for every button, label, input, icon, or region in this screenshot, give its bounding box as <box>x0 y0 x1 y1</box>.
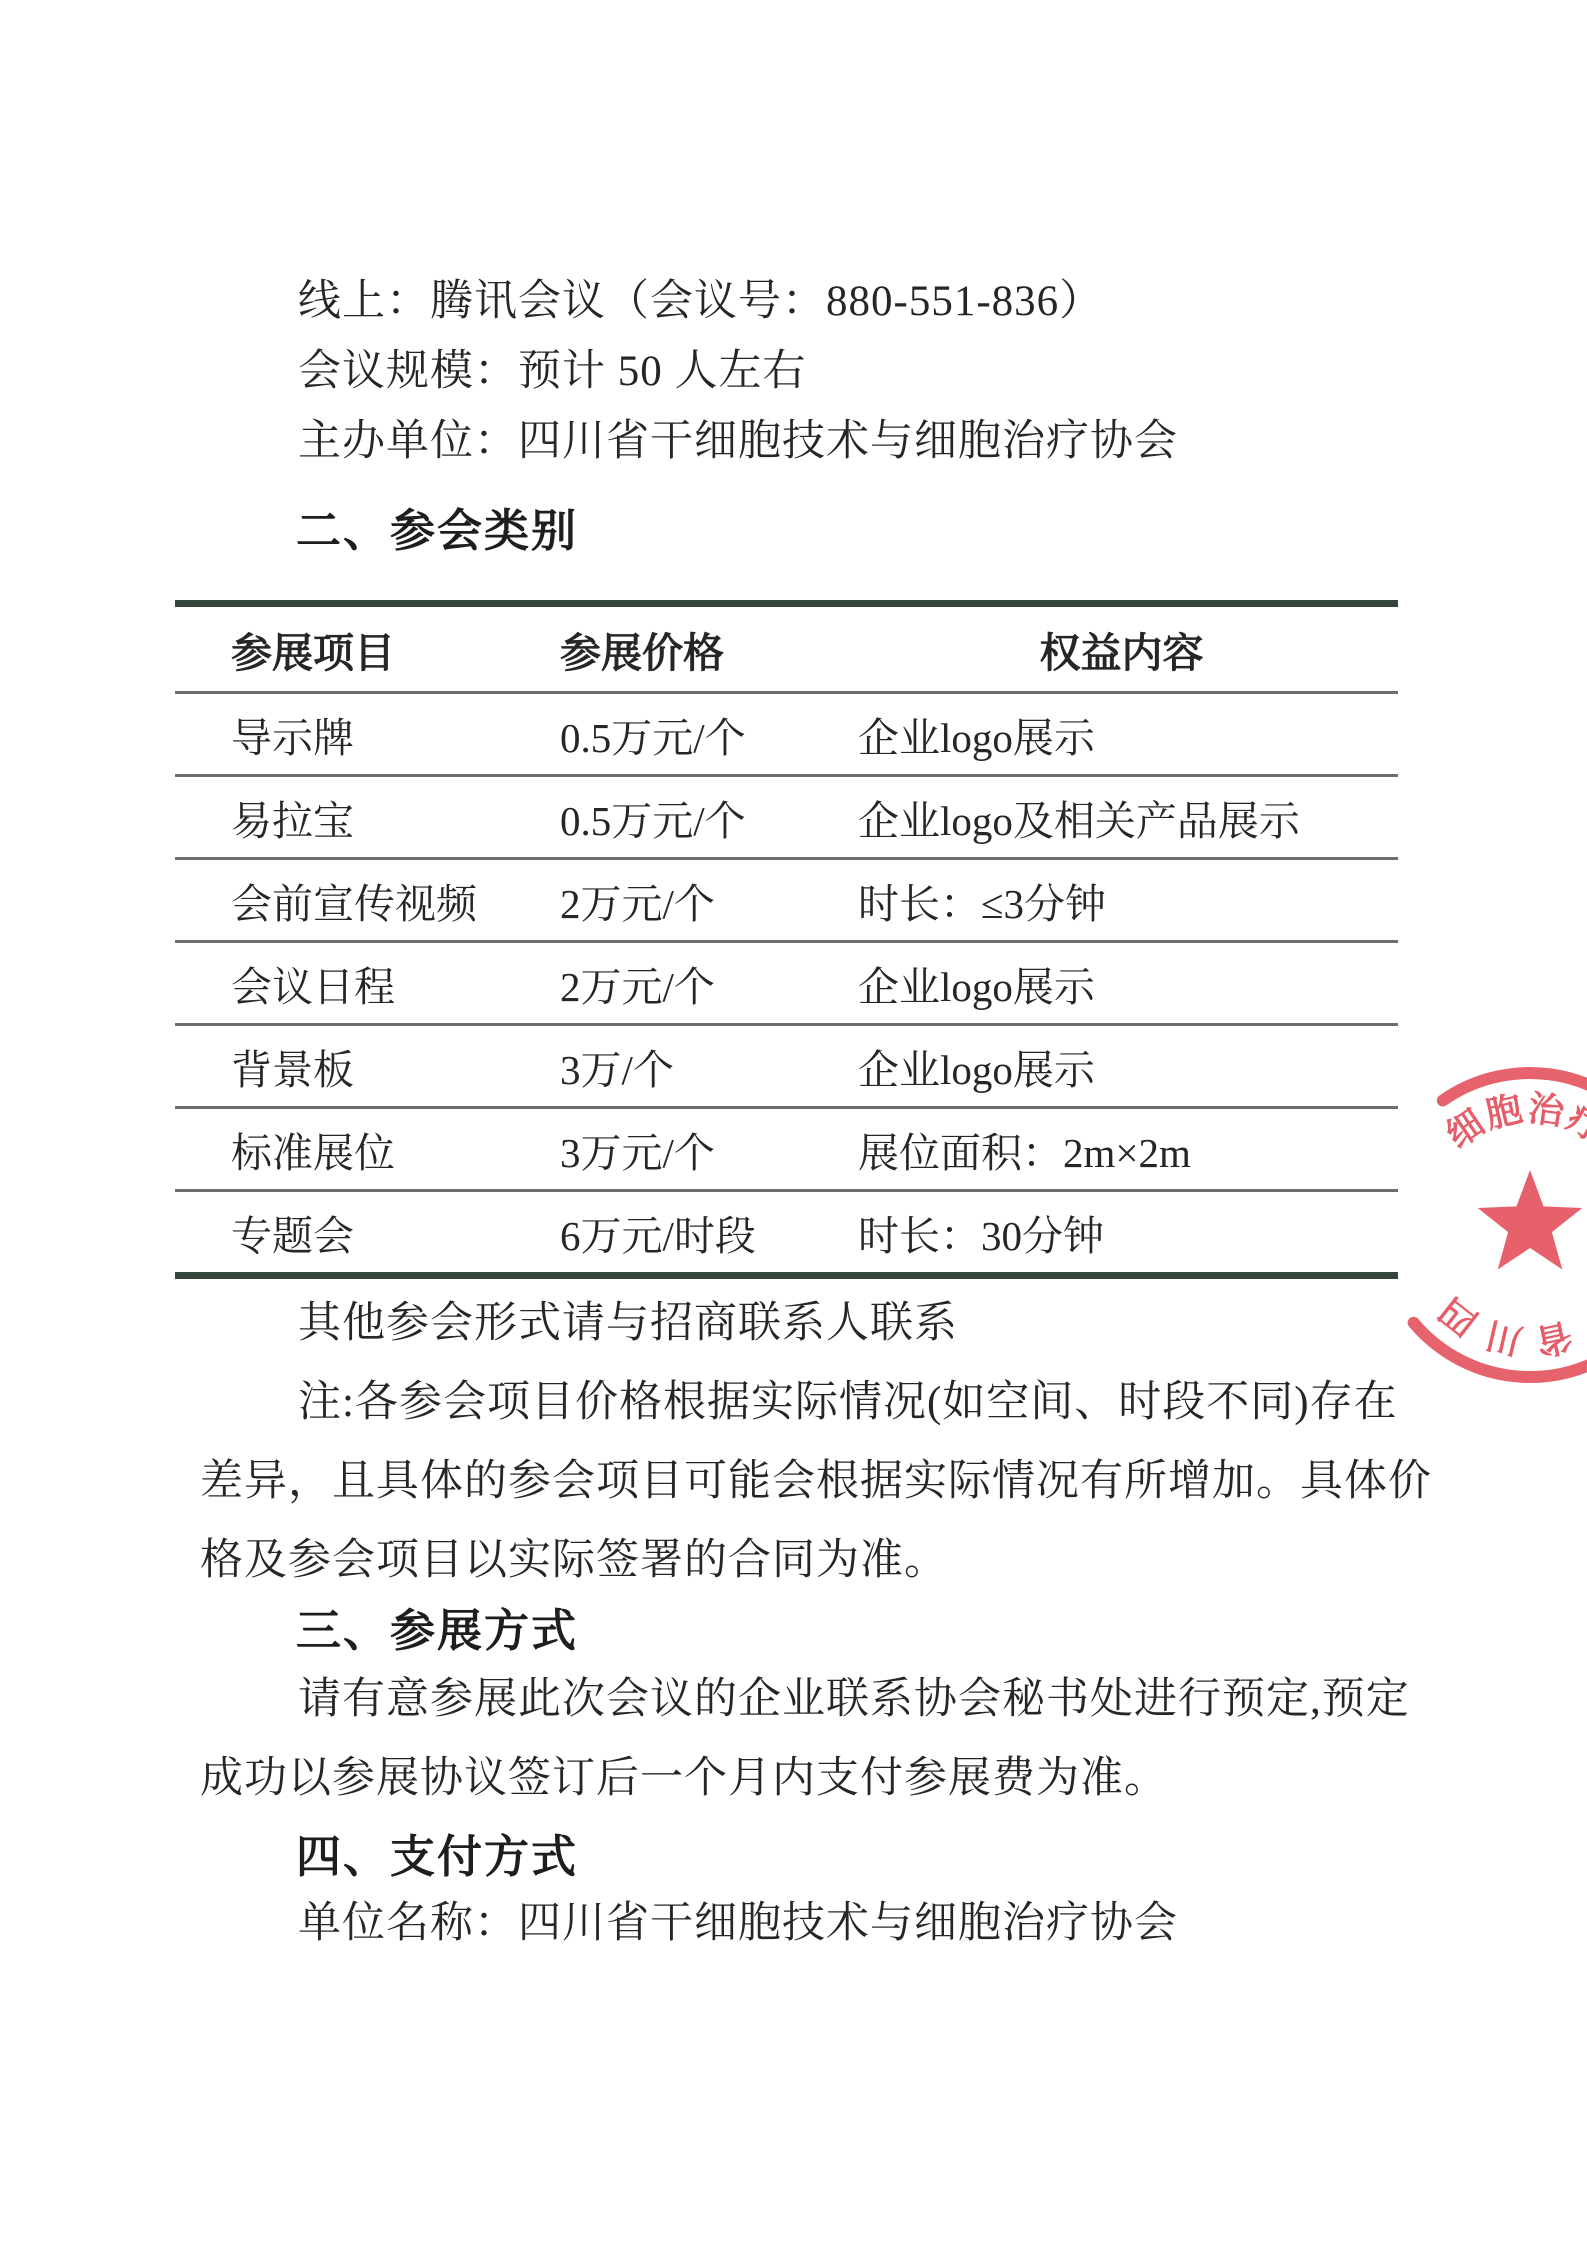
note-line-2: 差异，且具体的参会项目可能会根据实际情况有所增加。具体价 <box>200 1458 1432 1505</box>
table-row: 背景板 3万/个 企业logo展示 <box>175 1023 1398 1106</box>
document-page: 线上：腾讯会议（会议号：880-551-836） 会议规模：预计 50 人左右 … <box>0 0 1587 2244</box>
section-heading-payment-method: 四、支付方式 <box>296 1820 578 1885</box>
other-forms-line: 其他参会形式请与招商联系人联系 <box>298 1300 958 1347</box>
table-cell-price: 6万元/时段 <box>560 1203 845 1262</box>
table-cell-benefit: 企业logo展示 <box>845 1037 1398 1096</box>
table-header-price: 参展价格 <box>560 620 845 679</box>
seal-top-char: 治 <box>1526 1088 1568 1133</box>
meeting-scale-line: 会议规模：预计 50 人左右 <box>298 348 807 395</box>
table-cell-price: 3万元/个 <box>560 1120 845 1179</box>
table-row: 导示牌 0.5万元/个 企业logo展示 <box>175 691 1398 774</box>
table-cell-benefit: 时长：≤3分钟 <box>845 871 1398 930</box>
table-cell-item: 会前宣传视频 <box>175 871 560 930</box>
table-cell-price: 0.5万元/个 <box>560 788 845 847</box>
payment-unit-line: 单位名称：四川省干细胞技术与细胞治疗协会 <box>298 1900 1178 1947</box>
table-row: 标准展位 3万元/个 展位面积：2m×2m <box>175 1106 1398 1189</box>
note-line-3: 格及参会项目以实际签署的合同为准。 <box>200 1537 948 1584</box>
seal-bottom-char: 四 <box>1432 1289 1485 1343</box>
table-row: 会前宣传视频 2万元/个 时长：≤3分钟 <box>175 857 1398 940</box>
exhibition-paragraph-line-2: 成功以参展协议签订后一个月内支付参展费为准。 <box>200 1755 1168 1802</box>
table-cell-item: 易拉宝 <box>175 788 560 847</box>
table-row: 易拉宝 0.5万元/个 企业logo及相关产品展示 <box>175 774 1398 857</box>
section-heading-exhibition-method: 三、参展方式 <box>296 1594 578 1659</box>
table-cell-item: 背景板 <box>175 1037 560 1096</box>
note-line-1: 注:各参会项目价格根据实际情况(如空间、时段不同)存在 <box>298 1379 1398 1426</box>
section-heading-participation-category: 二、参会类别 <box>296 494 578 559</box>
table-row: 会议日程 2万元/个 企业logo展示 <box>175 940 1398 1023</box>
participation-fee-table: 参展项目 参展价格 权益内容 导示牌 0.5万元/个 企业logo展示 易拉宝 … <box>175 600 1398 1279</box>
table-cell-item: 导示牌 <box>175 705 560 764</box>
table-header-item: 参展项目 <box>175 620 560 679</box>
table-cell-item: 会议日程 <box>175 954 560 1013</box>
seal-bottom-char: 川 <box>1482 1314 1526 1361</box>
table-cell-price: 2万元/个 <box>560 954 845 1013</box>
table-cell-benefit: 企业logo展示 <box>845 705 1398 764</box>
table-cell-benefit: 时长：30分钟 <box>845 1203 1398 1262</box>
seal-top-char: 细 <box>1439 1102 1491 1155</box>
official-seal-stamp: 细 胞 治 疗 四 川 省 <box>1355 1050 1587 1400</box>
table-cell-benefit: 展位面积：2m×2m <box>845 1120 1398 1179</box>
seal-top-char: 胞 <box>1482 1089 1526 1136</box>
table-cell-benefit: 企业logo展示 <box>845 954 1398 1013</box>
table-header-benefit: 权益内容 <box>845 620 1398 679</box>
online-meeting-line: 线上：腾讯会议（会议号：880-551-836） <box>298 278 1103 325</box>
seal-star-icon <box>1478 1170 1583 1270</box>
table-row: 专题会 6万元/时段 时长：30分钟 <box>175 1189 1398 1272</box>
organizer-line: 主办单位：四川省干细胞技术与细胞治疗协会 <box>298 418 1178 465</box>
table-header-row: 参展项目 参展价格 权益内容 <box>175 607 1398 691</box>
table-cell-price: 3万/个 <box>560 1037 845 1096</box>
table-cell-item: 专题会 <box>175 1203 560 1262</box>
table-cell-price: 2万元/个 <box>560 871 845 930</box>
exhibition-paragraph-line-1: 请有意参展此次会议的企业联系协会秘书处进行预定,预定 <box>298 1676 1410 1723</box>
table-cell-benefit: 企业logo及相关产品展示 <box>845 788 1398 847</box>
table-cell-price: 0.5万元/个 <box>560 705 845 764</box>
seal-bottom-char: 省 <box>1532 1315 1576 1362</box>
table-cell-item: 标准展位 <box>175 1120 560 1179</box>
